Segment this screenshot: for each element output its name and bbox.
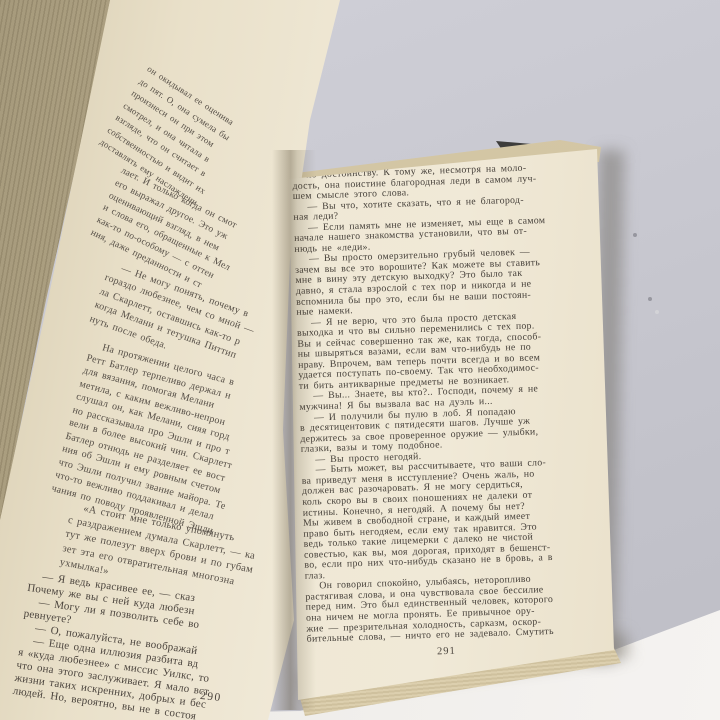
page-number-left: 290 bbox=[199, 690, 222, 704]
gutter-shadow bbox=[272, 150, 316, 710]
right-page-text: ее по достоинству. К тому же, несмотря н… bbox=[292, 162, 603, 646]
page-number-right: 291 bbox=[437, 646, 456, 658]
photo-of-open-book: он окидывал ее оценивадо пят. О, она сум… bbox=[0, 0, 720, 720]
open-book: он окидывал ее оценивадо пят. О, она сум… bbox=[0, 0, 720, 720]
left-page-text-segment: — Я ведь красивее ее, — сказПочему же вы… bbox=[12, 569, 223, 720]
